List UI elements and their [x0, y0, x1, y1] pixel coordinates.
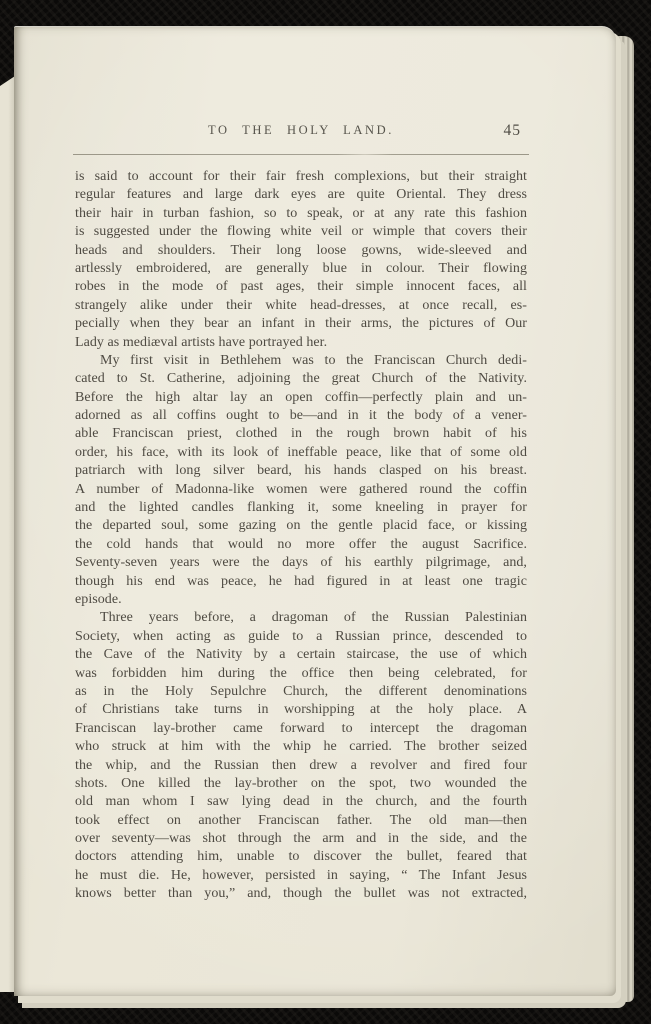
text-line: heads and shoulders. Their long loose go…: [75, 242, 527, 260]
text-line: is said to account for their fair fresh …: [75, 168, 527, 186]
text-line: old man whom I saw lying dead in the chu…: [75, 793, 527, 811]
text-line: as in the Holy Sepulchre Church, the dif…: [75, 683, 527, 701]
text-line: though his end was peace, he had figured…: [75, 573, 527, 591]
text-line: is suggested under the flowing white vei…: [75, 223, 527, 241]
text-line: Seventy-seven years were the days of his…: [75, 554, 527, 572]
text-line: Three years before, a dragoman of the Ru…: [75, 609, 527, 627]
text-line: of Christians take turns in worshipping …: [75, 701, 527, 719]
text-line: order, his face, with its look of ineffa…: [75, 444, 527, 462]
text-line: strangely alike under their white head-d…: [75, 297, 527, 315]
text-line: the cold hands that would no more offer …: [75, 536, 527, 554]
text-line: he must die. He, however, persisted in s…: [75, 867, 527, 885]
page-header: TO THE HOLY LAND. 45: [75, 123, 527, 143]
text-line: robes in the mode of past ages, their si…: [75, 278, 527, 296]
text-line: able Franciscan priest, clothed in the r…: [75, 425, 527, 443]
page-number: 45: [504, 122, 522, 140]
text-line: Franciscan lay-brother came forward to i…: [75, 720, 527, 738]
text-line: adorned as all coffins ought to be—and i…: [75, 407, 527, 425]
text-line: Society, when acting as guide to a Russi…: [75, 628, 527, 646]
text-line: regular features and large dark eyes are…: [75, 186, 527, 204]
text-line: Lady as mediæval artists have portrayed …: [75, 334, 527, 352]
header-rule: [73, 154, 529, 155]
text-line: took effect on another Franciscan father…: [75, 812, 527, 830]
text-line: doctors attending him, unable to discove…: [75, 848, 527, 866]
text-line: My first visit in Bethlehem was to the F…: [75, 352, 527, 370]
text-line: pecially when they bear an infant in the…: [75, 315, 527, 333]
page-fold-edge: [0, 76, 15, 992]
text-line: who struck at him with the whip he carri…: [75, 738, 527, 756]
text-line: A number of Madonna-like women were gath…: [75, 481, 527, 499]
page-text: is said to account for their fair fresh …: [75, 168, 527, 904]
text-line: was forbidden him during the office then…: [75, 665, 527, 683]
text-line: Before the high altar lay an open coffin…: [75, 389, 527, 407]
text-line: the Cave of the Nativity by a certain st…: [75, 646, 527, 664]
text-line: over seventy—was shot through the arm an…: [75, 830, 527, 848]
text-line: and the lighted candles flanking it, som…: [75, 499, 527, 517]
book-page: TO THE HOLY LAND. 45 is said to account …: [14, 26, 616, 996]
photo-background: { "page": { "header": { "running_title":…: [0, 0, 651, 1024]
text-line: their hair in turban fashion, so to spea…: [75, 205, 527, 223]
text-line: episode.: [75, 591, 527, 609]
text-line: the departed soul, some gazing on the ge…: [75, 517, 527, 535]
text-line: the whip, and the Russian then drew a re…: [75, 757, 527, 775]
running-title: TO THE HOLY LAND.: [75, 123, 527, 138]
page-content: TO THE HOLY LAND. 45 is said to account …: [75, 27, 527, 996]
text-line: artlessly embroidered, are generally blu…: [75, 260, 527, 278]
text-line: knows better than you,” and, though the …: [75, 885, 527, 903]
text-line: cated to St. Catherine, adjoining the gr…: [75, 370, 527, 388]
text-line: patriarch with long silver beard, his ha…: [75, 462, 527, 480]
text-line: shots. One killed the lay-brother on the…: [75, 775, 527, 793]
